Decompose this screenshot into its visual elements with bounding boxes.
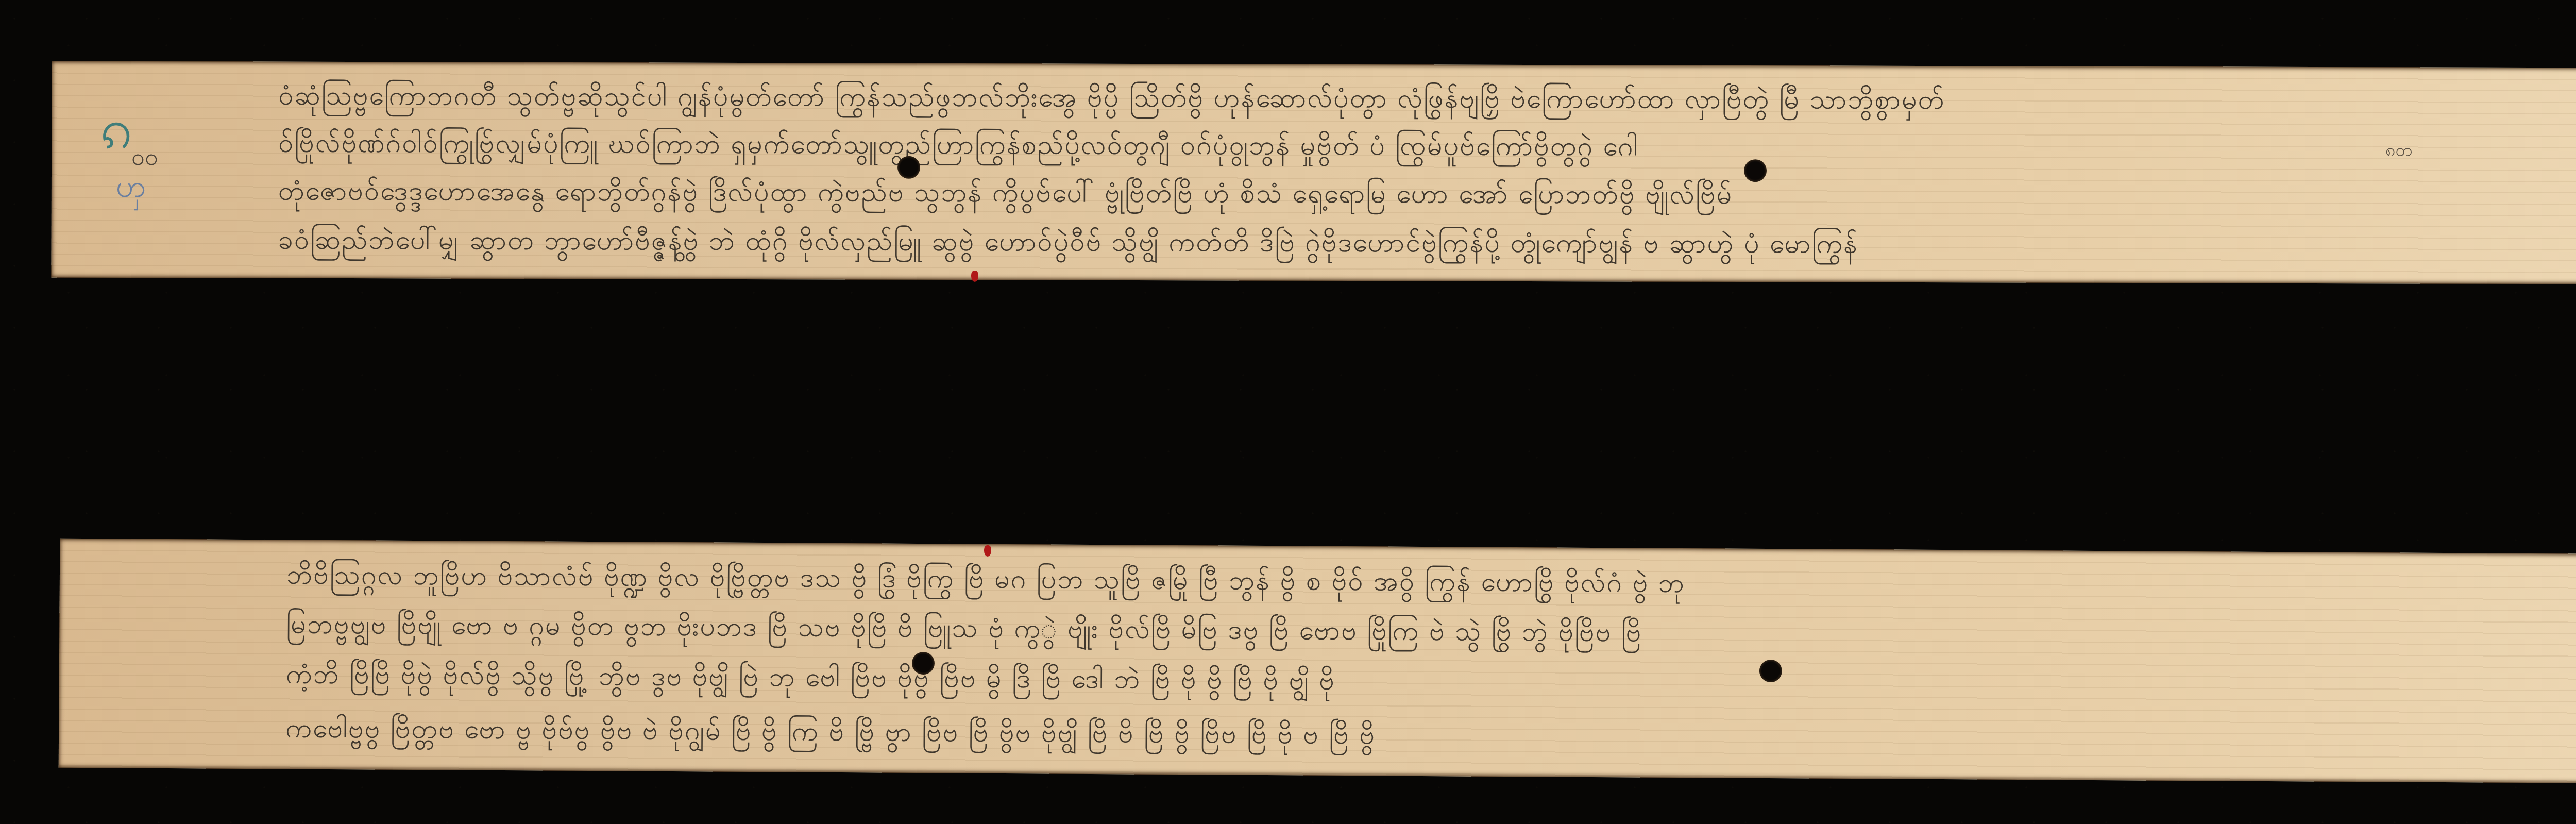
binding-hole-left	[897, 156, 920, 179]
binding-hole-right	[1759, 660, 1782, 682]
top-leaf-line-1: ဝံဆုံသြဗ္ဗကြောဘဂတီ သွတ်ဗ္ဗဆိုသွင်ပါ ဂျွန…	[278, 72, 2535, 125]
binding-hole-left	[912, 652, 935, 675]
bottom-leaf-line-4: ကဗေါဗ္ဗဗွ ဗြိတ္တဗ ဗော ဗ္ဗ ဗိုဗ်ဗွ ဗွိဗ ဗ…	[285, 704, 2542, 766]
top-leaf-line-2: ဝ်ဗြိုလ်ဗိုဏ်ဂ်ဝါဝ်ကြွုဗြွ်လျှမ်ပုံကြူ ဃ…	[278, 120, 2535, 173]
folio-number: ၵ ၀၀ ၯ	[100, 100, 173, 198]
top-leaf-line-4: ခဝံဆြည်ဘဲပေါ်မျှ ဆွာတ ဘွာဟော်ဗီဇ္ဇွန်ဗွဲ…	[278, 216, 2535, 270]
folio-number-main: ၵ	[100, 100, 132, 157]
bottom-leaf-line-3: ကံ့ဘိ ဗြိဗြိ ဗိုဗွဲ ဗိုလ်ဗွိ သွိဗွ ဗြို့…	[286, 650, 2543, 712]
folio-number-mark: ၯ	[116, 167, 146, 212]
top-leaf-line-3: တုံဇောဗဝ်ဒွေဒ္ဒဟောအေနွေ ရောဘွိတ်ဂွန်ဗွဲ …	[278, 167, 2535, 221]
palm-leaf-top: ၵ ၀၀ ၯ ဝံဆုံသြဗ္ဗကြောဘဂတီ သွတ်ဗ္ဗဆိုသွင်…	[51, 61, 2576, 284]
palm-leaf-bottom: ဘိဗိသြဂ္ဂလ ဘူဗြိဟ ဗိသာလံဗ် ဗိုဏ္ဍ ဗွိလ ဗ…	[59, 539, 2576, 783]
margin-note: ၈၀ာ	[2385, 138, 2413, 164]
red-mark-bottom-leaf	[984, 545, 991, 557]
binding-hole-right	[1744, 159, 1767, 182]
red-mark-top-leaf	[971, 271, 978, 282]
